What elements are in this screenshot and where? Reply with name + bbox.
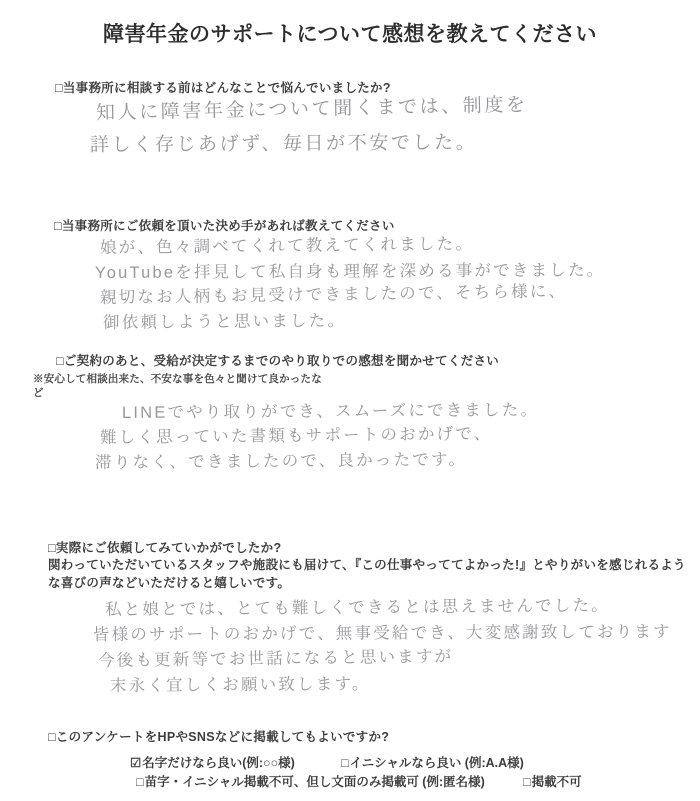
checkbox-icon: □ [523, 775, 531, 789]
answer-2-line-1: 娘が、色々調べてくれて教えてくれました。 [100, 230, 474, 258]
answer-3-line-3: 滞りなく、できましたので、良かったです。 [95, 446, 467, 473]
publish-option-family-name: ☑名字だけなら良い(例:○○様) [130, 753, 295, 771]
question-4-description: 関わっていただいているスタッフや施設にも届けて、『この仕事やっててよかった!』と… [48, 556, 698, 592]
question-5-label: □このアンケートをHPやSNSなどに掲載してもよいですか? [48, 727, 389, 745]
publish-option-label: 掲載不可 [532, 775, 582, 789]
answer-2-line-4: 御依頼しようと思いました。 [103, 307, 346, 333]
answer-4-line-4: 末永く宜しくお願い致します。 [110, 670, 371, 696]
answer-3-line-2: 難しく思っていた書類もサポートのおかげで、 [100, 420, 493, 448]
page-title: 障害年金のサポートについて感想を教えてください [0, 18, 700, 48]
answer-1-line-2: 詳しく存じあげず、毎日が不安でした。 [90, 127, 477, 157]
publish-option-text-only: □苗字・イニシャル掲載不可、但し文面のみ掲載可 (例:匿名様) [136, 772, 485, 790]
publish-option-label: 苗字・イニシャル掲載不可、但し文面のみ掲載可 (例:匿名様) [145, 775, 485, 789]
checkbox-icon: □ [341, 756, 349, 770]
checkbox-checked-icon: ☑ [130, 755, 141, 770]
question-3-label: □ご契約のあと、受給が決定するまでのやり取りでの感想を聞かせてください [56, 351, 499, 369]
question-4-label: □実際にご依頼してみていかがでしたか? [48, 538, 281, 556]
publish-option-label: 名字だけなら良い(例:○○様) [142, 756, 295, 770]
answer-2-line-3: 親切なお人柄もお見受けできましたので、そちら様に、 [100, 277, 567, 308]
answer-4-line-3: 今後も更新等でお世話になると思いますが [98, 643, 454, 671]
answer-4-line-1: 私と娘とでは、とても難しくできるとは思えませんでした。 [105, 592, 610, 620]
answer-3-line-1: LINEでやり取りができ、スムーズにできました。 [122, 396, 539, 423]
question-3-note: ※安心して相談出来た、不安な事を色々と聞けて良かったなど [33, 372, 328, 400]
publish-option-initials: □イニシャルなら良い (例:A.A様) [341, 753, 524, 771]
checkbox-icon: □ [136, 775, 144, 789]
answer-4-line-2: 皆様のサポートのおかげで、無事受給でき、大変感謝致しております [93, 618, 672, 645]
questionnaire-sheet: 障害年金のサポートについて感想を教えてください □当事務所に相談する前はどんなこ… [0, 0, 700, 801]
publish-option-label: イニシャルなら良い (例:A.A様) [350, 756, 524, 770]
publish-option-no-publish: □掲載不可 [523, 772, 582, 790]
